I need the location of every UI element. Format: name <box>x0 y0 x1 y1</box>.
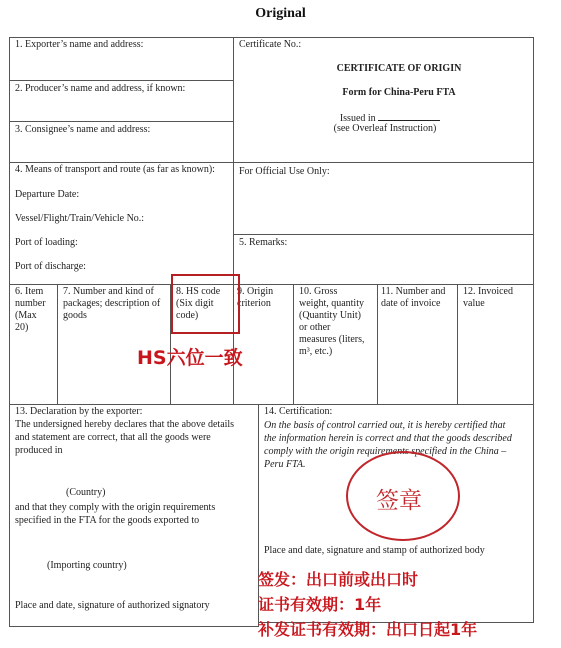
declaration-line-3: produced in <box>15 445 63 457</box>
document-heading: Original <box>0 6 561 22</box>
certificate-no-label: Certificate No.: <box>239 39 301 51</box>
port-loading-label: Port of loading: <box>15 237 78 249</box>
declaration-line-4: and that they comply with the origin req… <box>15 502 215 514</box>
stamp-label: 签章 <box>376 482 422 515</box>
column-invoice: 11. Number and date of invoice <box>381 286 445 310</box>
form-subtitle: Form for China-Peru FTA <box>300 87 498 99</box>
vessel-label: Vessel/Flight/Train/Vehicle No.: <box>15 213 144 225</box>
certification-title: 14. Certification: <box>264 406 332 418</box>
declaration-line-5: specified in the FTA for the goods expor… <box>15 515 199 527</box>
hs-code-highlight-box <box>171 274 240 334</box>
column-invoiced-value: 12. Invoiced value <box>463 286 513 310</box>
port-discharge-label: Port of discharge: <box>15 261 86 273</box>
column-packages: 7. Number and kind of packages; descript… <box>63 286 160 322</box>
declaration-line-1: The undersigned hereby declares that the… <box>15 419 234 431</box>
validity-note: 证书有效期：1年 <box>258 594 381 616</box>
certificate-title: CERTIFICATE OF ORIGIN <box>300 63 498 75</box>
authority-signature-label: Place and date, signature and stamp of a… <box>264 545 485 557</box>
certification-line-2: the information herein is correct and th… <box>264 433 530 445</box>
exporter-field-label: 1. Exporter’s name and address: <box>15 39 143 51</box>
certification-line-1: On the basis of control carried out, it … <box>264 420 530 432</box>
issue-time-note: 签发：出口前或出口时 <box>258 569 418 591</box>
declaration-title: 13. Declaration by the exporter: <box>15 406 142 418</box>
overleaf-note: (see Overleaf Instruction) <box>300 123 470 135</box>
remarks-label: 5. Remarks: <box>239 237 287 249</box>
certification-line-4: Peru FTA. <box>264 459 305 471</box>
column-item-number: 6. Item number (Max 20) <box>15 286 46 334</box>
producer-field-label: 2. Producer’s name and address, if known… <box>15 83 185 95</box>
issued-in-blank <box>378 111 440 121</box>
hs-annotation: HS六位一致 <box>137 343 243 370</box>
official-use-label: For Official Use Only: <box>239 166 330 178</box>
exporter-signature-label: Place and date, signature of authorized … <box>15 600 210 612</box>
consignee-field-label: 3. Consignee’s name and address: <box>15 124 150 136</box>
departure-date-label: Departure Date: <box>15 189 79 201</box>
transport-label: 4. Means of transport and route (as far … <box>15 164 215 176</box>
declaration-line-2: and statement are correct, that all the … <box>15 432 211 444</box>
reissue-validity-note: 补发证书有效期：出口日起1年 <box>258 619 477 641</box>
country-placeholder: (Country) <box>66 487 105 499</box>
column-gross-weight: 10. Gross weight, quantity (Quantity Uni… <box>299 286 365 358</box>
importing-country-placeholder: (Importing country) <box>47 560 127 572</box>
column-origin-criterion: 9. Origin criterion <box>237 286 273 310</box>
